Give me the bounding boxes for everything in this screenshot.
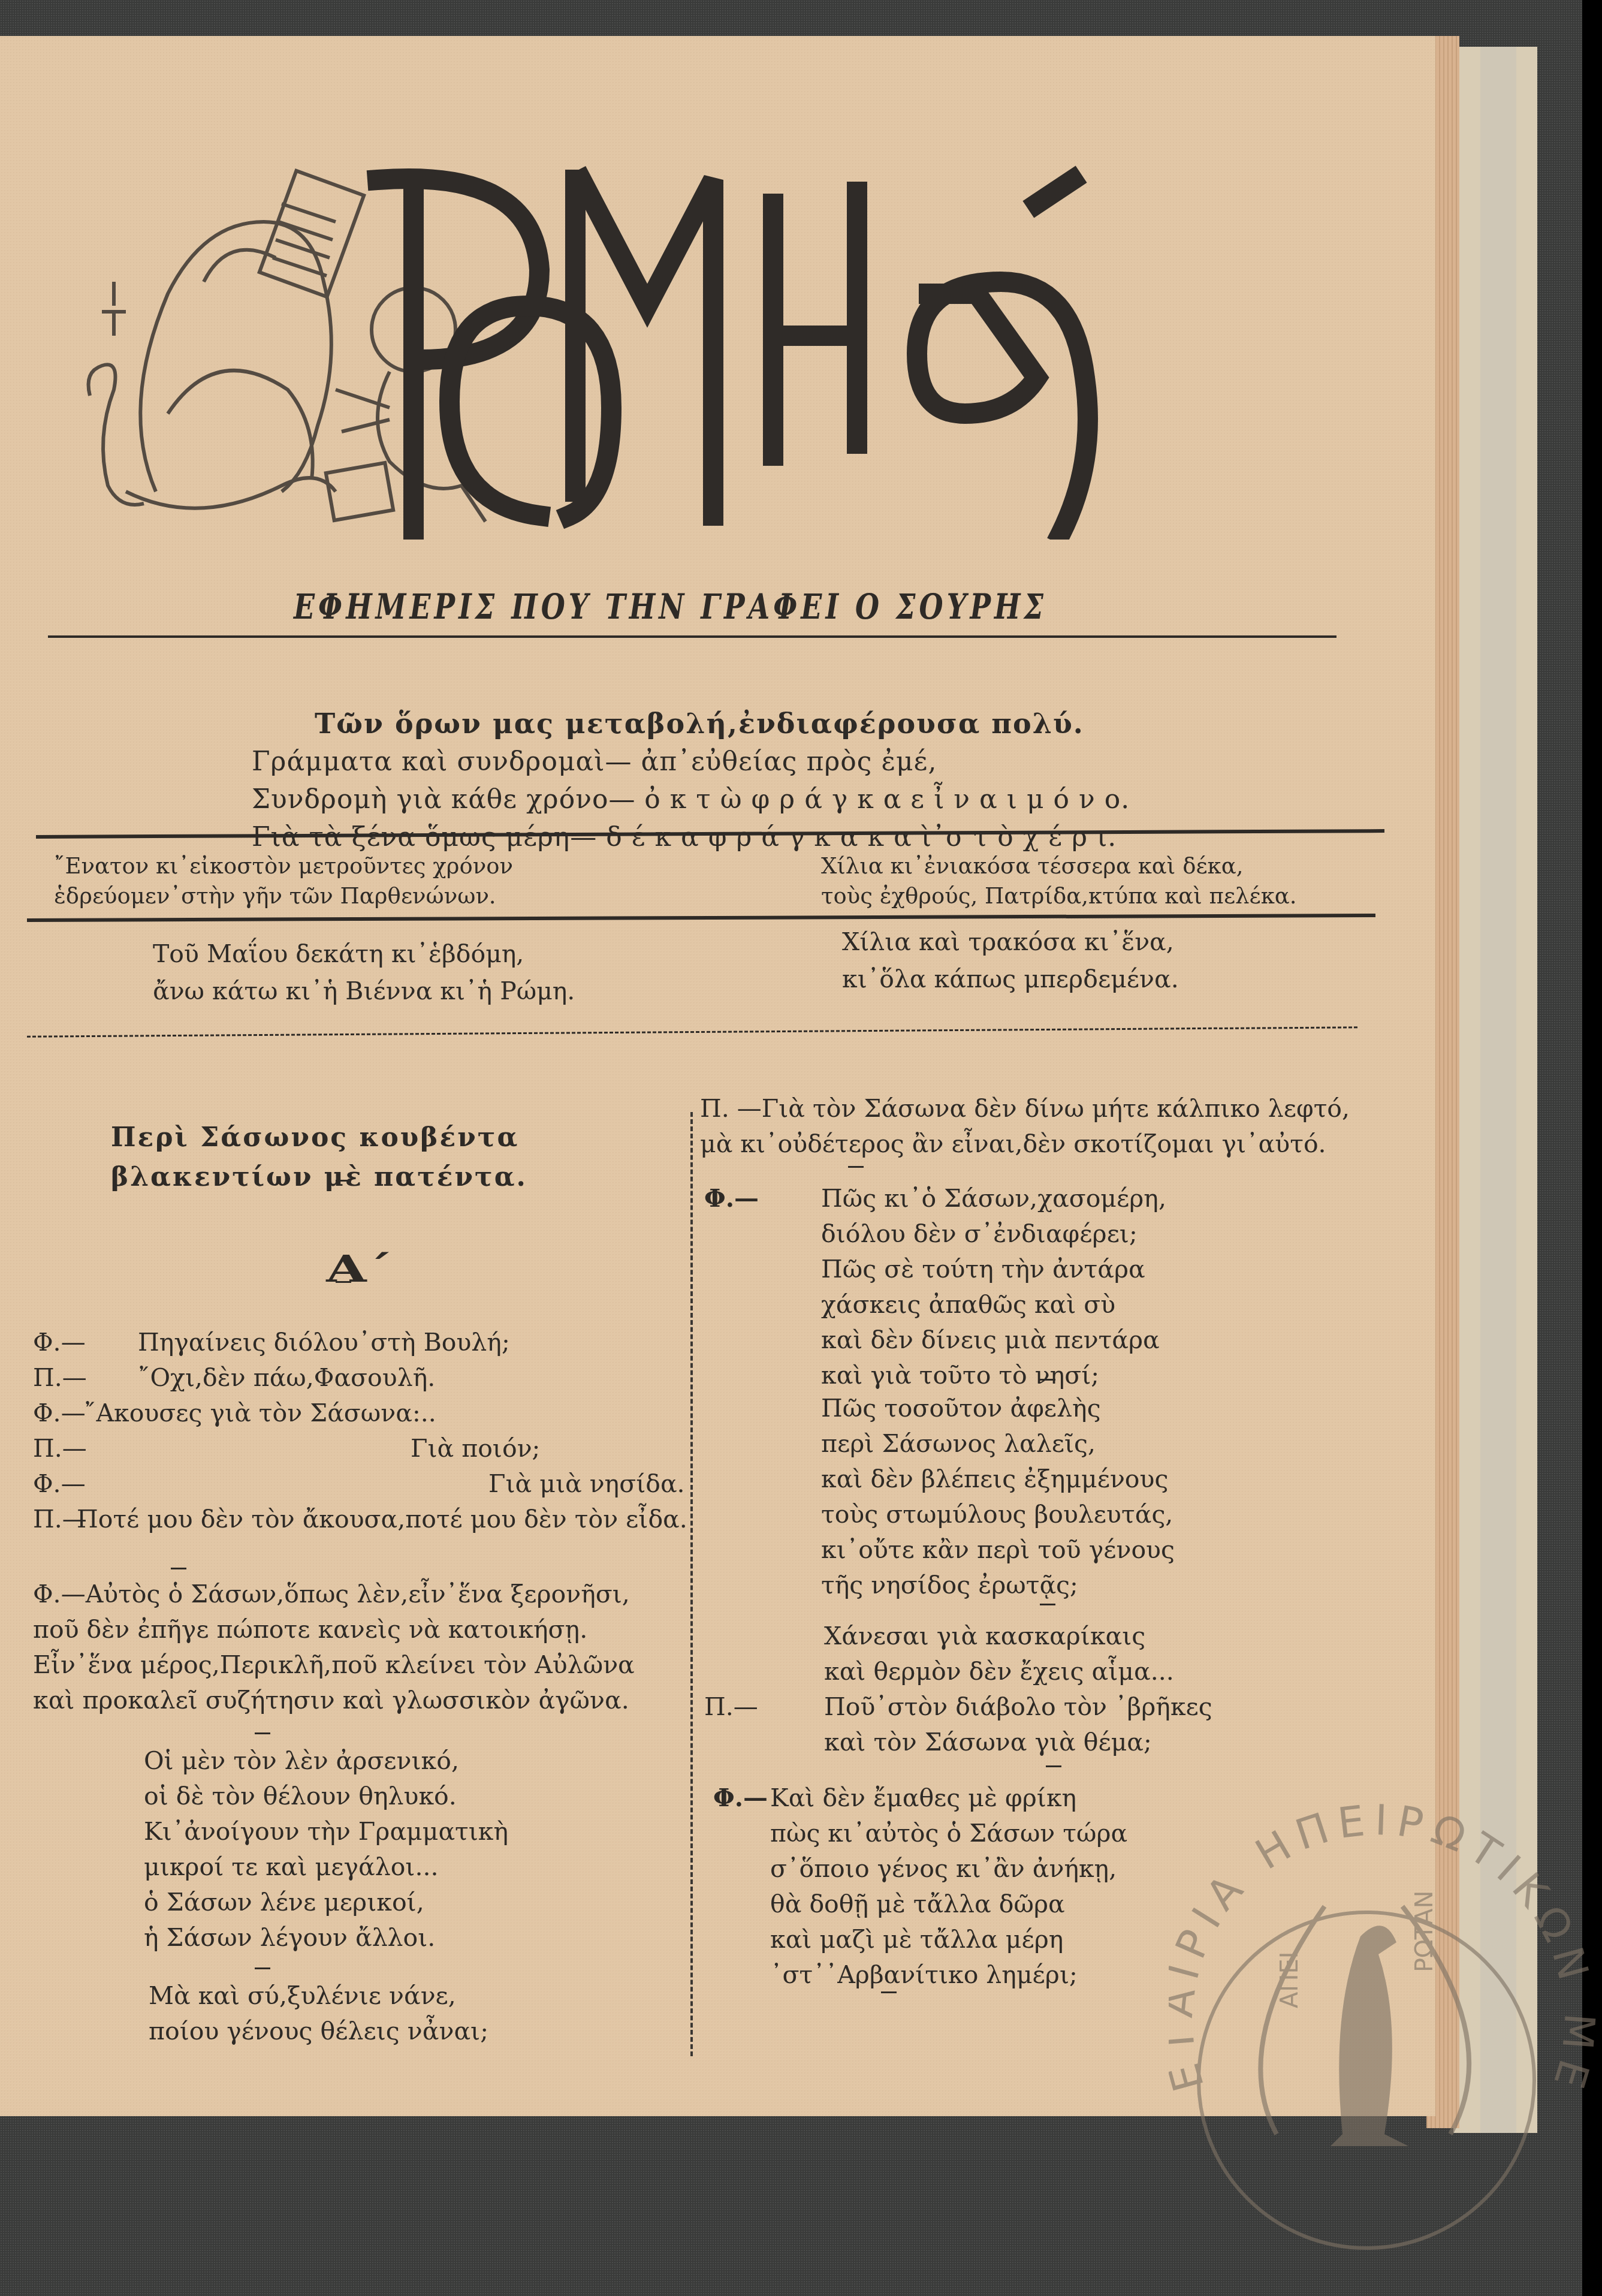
subscription-line: Γράμματα καὶ συνδρομαὶ— ἀπ᾽εὐθείας πρὸς … xyxy=(252,746,937,777)
subscription-line: Συνδρομὴ γιὰ κάθε χρόνο— ὀ κ τ ὼ φ ρ ά γ… xyxy=(252,784,1130,815)
stanza: Καὶ δὲν ἔμαθες μὲ φρίκη πὼς κι᾽αὐτὸς ὁ Σ… xyxy=(770,1780,1127,1993)
stanza: Χάνεσαι γιὰ κασκαρίκαις καὶ θερμὸν δὲν ἔ… xyxy=(824,1619,1174,1689)
separator-dash xyxy=(255,1732,270,1734)
stanza: Πῶς κι᾽ὁ Σάσων,χασομέρη, διόλου δὲν σ᾽ἐν… xyxy=(821,1181,1166,1393)
stanza: Φ.—Αὐτὸς ὁ Σάσων,ὅπως λὲν,εἶν᾽ἕνα ξερονῆ… xyxy=(33,1577,635,1718)
column-divider xyxy=(690,1112,693,2056)
dialogue-speaker: Φ.— xyxy=(713,1780,768,1816)
dialogue-speaker: Φ.— xyxy=(33,1396,86,1431)
subscription-title: Τῶν ὅρων μας μεταβολή,ἐνδιαφέρουσα πολύ. xyxy=(315,707,1084,740)
opening-lines: Π. —Γιὰ τὸν Σάσωνα δὲν δίνω μήτε κάλπικο… xyxy=(700,1091,1350,1162)
stamp-right-text: ΡΩΤΑΝ xyxy=(1411,1891,1438,1972)
eagle-seal-icon: ΕΤΑΙΡΙΑ ΗΠΕΙΡΩΤΙΚΩΝ ΜΕΛΕΤΩΝ ΑΠΕΙ ΡΩΤΑΝ xyxy=(1169,1798,1600,2296)
dialogue-line: ῎Οχι,δὲν πάω,Φασουλῆ. xyxy=(138,1360,435,1396)
dashed-divider xyxy=(27,1026,1357,1037)
divider-rule xyxy=(48,635,1336,638)
issue-date-right: Χίλια καὶ τρακόσα κι᾽ἕνα, κι᾽ὅλα κάπως μ… xyxy=(842,923,1179,998)
dialogue-speaker: Φ.— xyxy=(704,1181,759,1216)
issue-date-left: Τοῦ Μαΐου δεκάτη κι᾽ἑβδόμη, ἄνω κάτω κι᾽… xyxy=(153,935,575,1010)
separator-dash xyxy=(1046,1765,1061,1767)
dialogue-line: ῎Ακουσες γιὰ τὸν Σάσωνα:.. xyxy=(84,1396,436,1431)
separator-dash xyxy=(336,1180,351,1182)
article-title: Περὶ Σάσωνος κουβέντα βλακεντίων μὲ πατέ… xyxy=(111,1118,527,1197)
separator-dash xyxy=(1040,1604,1055,1605)
divider-rule xyxy=(27,914,1375,922)
stanza: Πῶς τοσοῦτον ἀφελὴς περὶ Σάσωνος λαλεῖς,… xyxy=(821,1391,1175,1603)
dialogue-line: Ποτέ μου δὲν τὸν ἄκουσα,ποτέ μου δὲν τὸν… xyxy=(77,1502,687,1537)
issue-year-left: ῎Ενατον κι᾽εἰκοστὸν μετροῦντες χρόνον ἑδ… xyxy=(54,851,513,911)
figures-reading-newspaper-icon xyxy=(78,156,1277,540)
dialogue-speaker: Π.— xyxy=(33,1360,87,1396)
stanza: Ποῦ᾽στὸν διάβολο τὸν ᾽βρῆκες καὶ τὸν Σάσ… xyxy=(824,1689,1212,1760)
subscription-line: Γιὰ τὰ ξένα ὅμως μέρη— δ έ κ α φ ρ ά γ κ… xyxy=(252,822,1117,852)
stanza: Μὰ καὶ σύ,ξυλένιε νάνε, ποίου γένους θέλ… xyxy=(149,1978,488,2049)
dialogue-line: Γιὰ ποιόν; xyxy=(411,1431,540,1466)
separator-dash xyxy=(336,1281,351,1283)
stanza: Οἱ μὲν τὸν λὲν ἀρσενικό, οἱ δὲ τὸν θέλου… xyxy=(144,1743,508,1955)
separator-dash xyxy=(171,1568,186,1569)
dialogue-line: Γιὰ μιὰ νησίδα. xyxy=(488,1466,685,1502)
dialogue-line: Πηγαίνεις διόλου᾽στὴ Βουλή; xyxy=(138,1325,510,1360)
separator-dash xyxy=(1040,1379,1055,1381)
masthead-tagline: ΕΦΗΜΕΡΙΣ ΠΟΥ ΤΗΝ ΓΡΑΦΕΙ Ο ΣΟΥΡΗΣ xyxy=(294,586,1073,627)
separator-dash xyxy=(255,1967,270,1969)
dialogue-speaker: Π.— xyxy=(704,1689,758,1725)
issue-year-right: Χίλια κι᾽ἐνιακόσα τέσσερα καὶ δέκα, τοὺς… xyxy=(821,851,1297,911)
separator-dash xyxy=(881,1991,897,1993)
section-heading: Α΄ xyxy=(326,1247,393,1291)
dialogue-speaker: Φ.— xyxy=(33,1325,86,1360)
separator-dash xyxy=(848,1166,864,1168)
dialogue-speaker: Π.— xyxy=(33,1431,87,1466)
dialogue-speaker: Φ.— xyxy=(33,1466,86,1502)
